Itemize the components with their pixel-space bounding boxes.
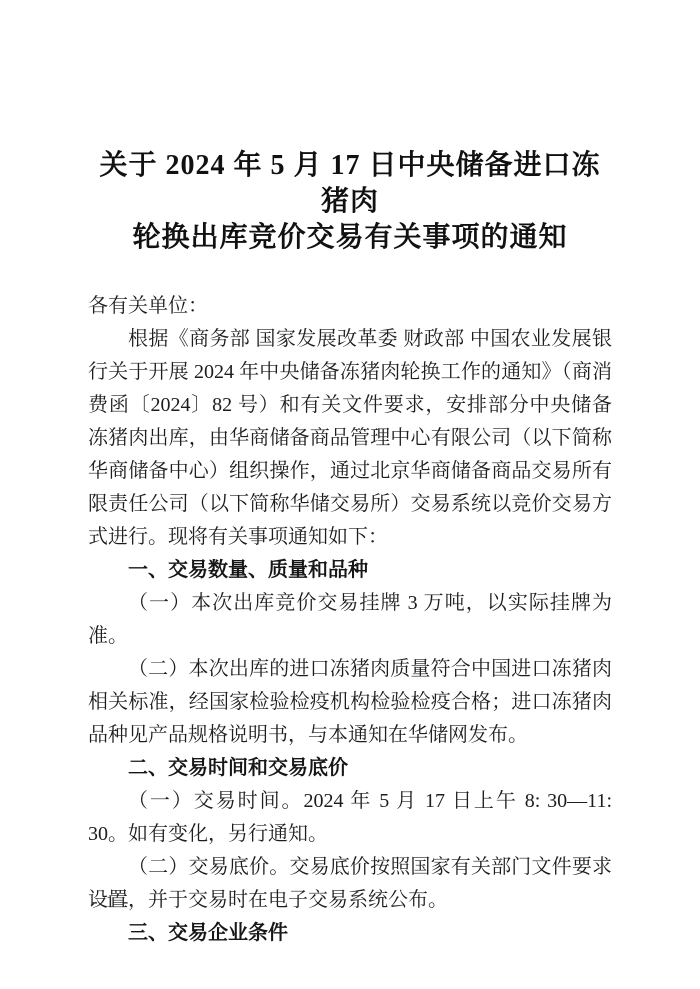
document-page: 关于 2024 年 5 月 17 日中央储备进口冻猪肉 轮换出库竞价交易有关事项…	[0, 0, 700, 989]
section-1-item-2: （二）本次出库的进口冻猪肉质量符合中国进口冻猪肉相关标准，经国家检验检疫机构检验…	[88, 653, 612, 752]
section-3-heading: 三、交易企业条件	[88, 917, 612, 950]
intro-paragraph: 根据《商务部 国家发展改革委 财政部 中国农业发展银行关于开展 2024 年中央…	[88, 323, 612, 554]
page-number: - 1 -	[92, 892, 130, 912]
title-line-2: 轮换出库竞价交易有关事项的通知	[88, 220, 612, 256]
section-1-item-1: （一）本次出库竞价交易挂牌 3 万吨，以实际挂牌为准。	[88, 587, 612, 653]
title-line-1: 关于 2024 年 5 月 17 日中央储备进口冻猪肉	[88, 148, 612, 220]
salutation: 各有关单位：	[88, 290, 612, 323]
section-2-item-2: （二）交易底价。交易底价按照国家有关部门文件要求设置，并于交易时在电子交易系统公…	[88, 851, 612, 917]
document-title: 关于 2024 年 5 月 17 日中央储备进口冻猪肉 轮换出库竞价交易有关事项…	[88, 148, 612, 256]
section-2-item-1: （一）交易时间。2024 年 5 月 17 日上午 8: 30—11: 30。如…	[88, 785, 612, 851]
section-2-heading: 二、交易时间和交易底价	[88, 752, 612, 785]
section-1-heading: 一、交易数量、质量和品种	[88, 554, 612, 587]
document-body: 各有关单位： 根据《商务部 国家发展改革委 财政部 中国农业发展银行关于开展 2…	[88, 290, 612, 950]
